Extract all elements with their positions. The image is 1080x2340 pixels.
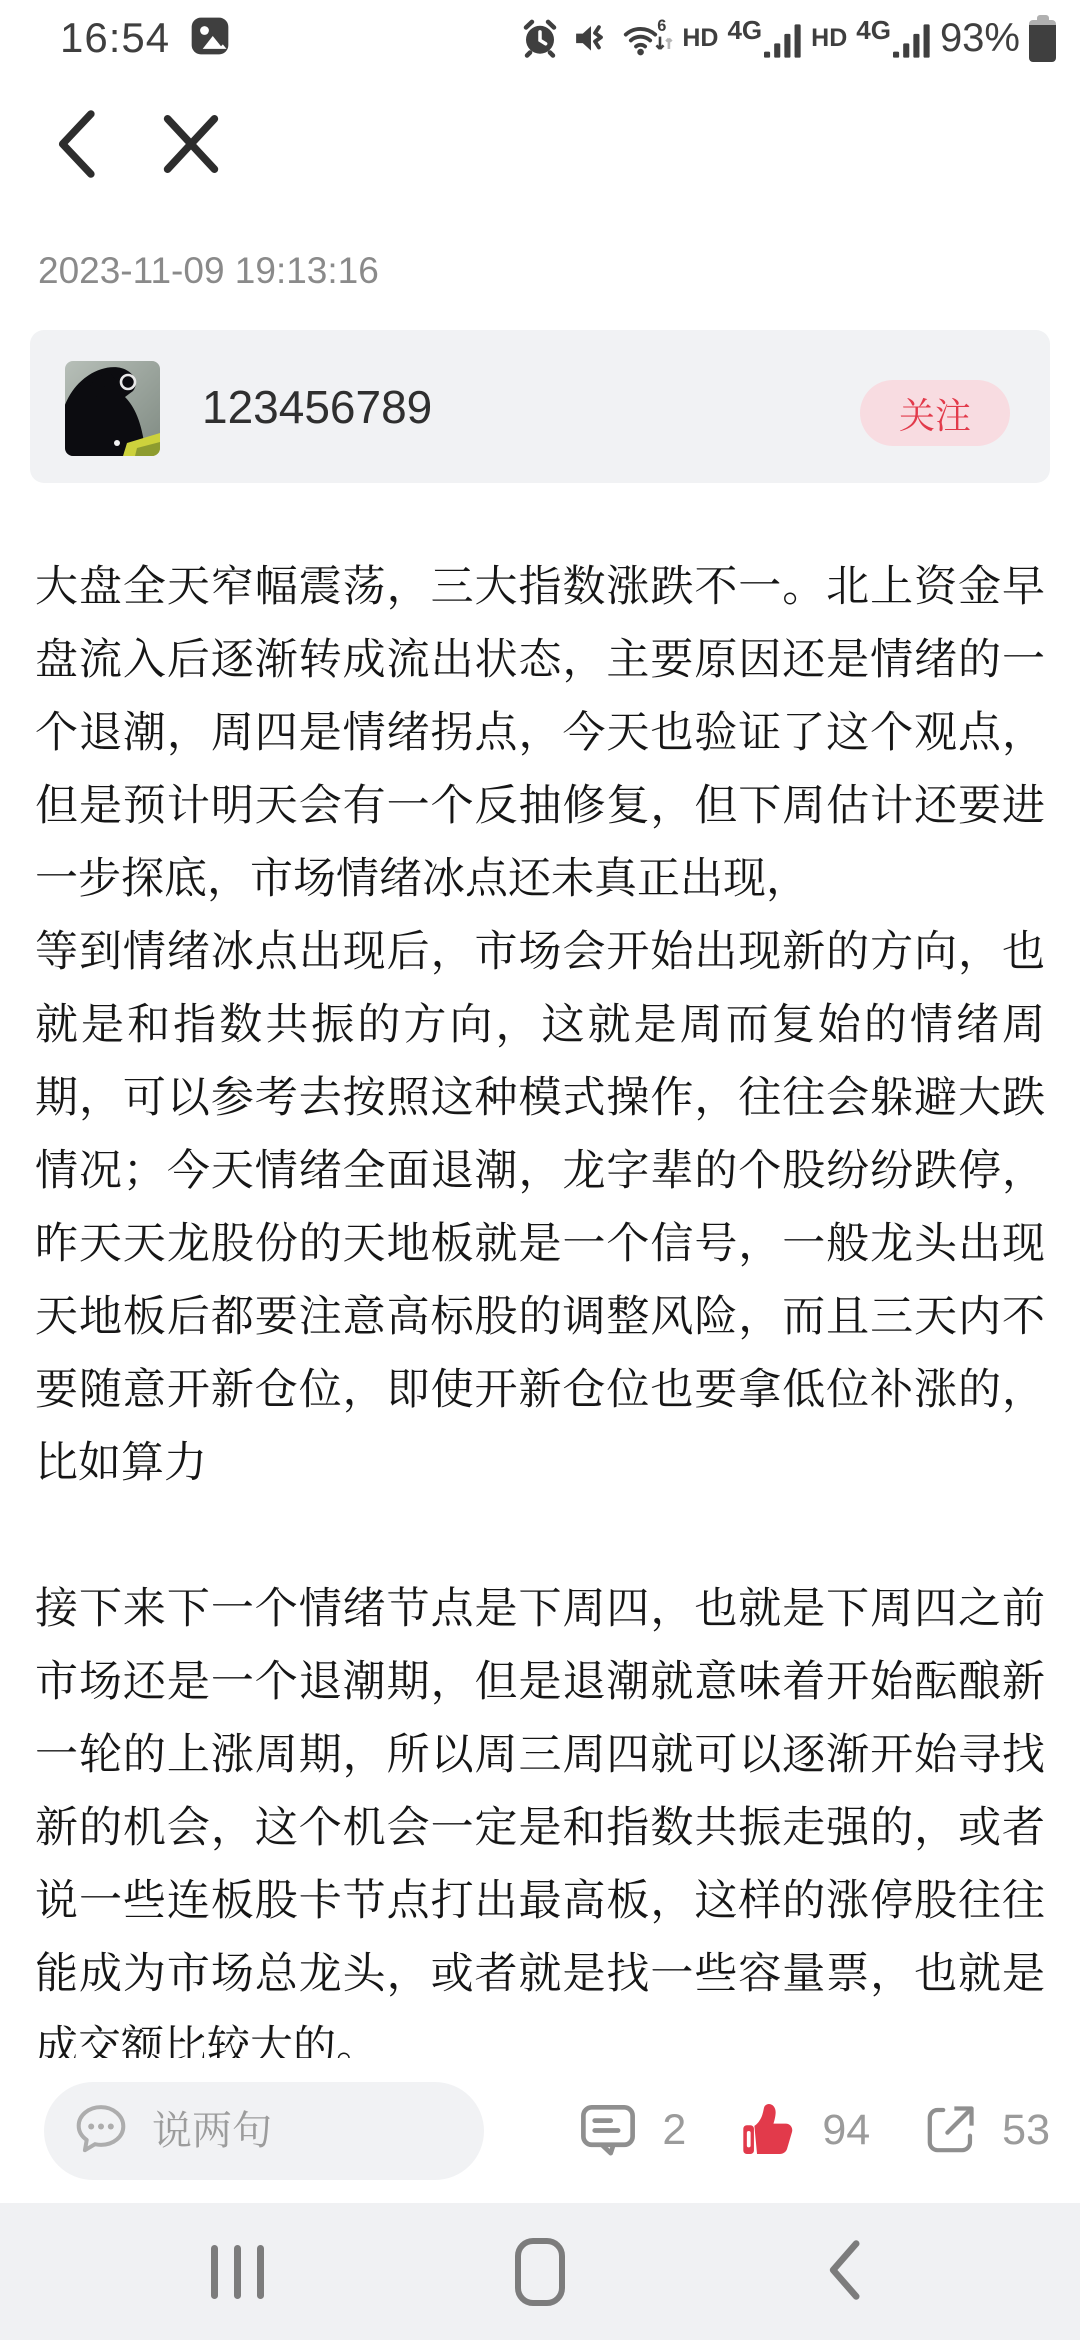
back-button[interactable] — [52, 108, 98, 183]
share-icon — [922, 2100, 980, 2161]
avatar[interactable] — [65, 361, 160, 456]
like-button[interactable]: 94 — [738, 2099, 870, 2162]
like-count: 94 — [822, 2106, 870, 2155]
status-bar: 16:54 6 — [0, 0, 1080, 76]
recents-icon[interactable] — [211, 2245, 264, 2299]
post-paragraph: 大盘全天窄幅震荡，三大指数涨跌不一。北上资金早盘流入后逐渐转成流出状态，主要原因… — [35, 551, 1045, 916]
phone-screen: 16:54 6 — [0, 0, 1080, 2340]
signal-group-1: 4G — [727, 17, 802, 59]
post-timestamp: 2023-11-09 19:13:16 — [38, 250, 379, 292]
post-body: 大盘全天窄幅震荡，三大指数涨跌不一。北上资金早盘流入后逐渐转成流出状态，主要原因… — [35, 551, 1045, 2084]
comment-count-icon — [576, 2097, 640, 2164]
system-nav-bar — [0, 2203, 1080, 2340]
share-button[interactable]: 53 — [922, 2100, 1050, 2161]
thumbs-up-icon — [738, 2099, 800, 2162]
post-actions: 2 94 — [576, 2058, 1050, 2203]
comments-button[interactable]: 2 — [576, 2097, 686, 2164]
author-card: 123456789 关注 — [30, 330, 1050, 483]
status-bar-left: 16:54 — [60, 14, 232, 63]
gallery-notification-icon — [188, 14, 232, 63]
hd-indicator-1: HD — [682, 24, 718, 53]
hd-indicator-2: HD — [811, 24, 847, 53]
author-username[interactable]: 123456789 — [202, 330, 432, 483]
network-type-1: 4G — [727, 15, 762, 46]
battery-icon — [1029, 15, 1056, 62]
battery-percent: 93% — [940, 16, 1020, 61]
mute-vibrate-icon — [570, 17, 612, 59]
post-paragraph: 等到情绪冰点出现后，市场会开始出现新的方向，也就是和指数共振的方向，这就是周而复… — [35, 916, 1045, 1500]
home-icon[interactable] — [515, 2238, 565, 2306]
clock-time: 16:54 — [60, 14, 170, 62]
signal-group-2: 4G — [856, 17, 931, 59]
signal-bars-icon-1 — [764, 17, 802, 59]
post-paragraph: 接下来下一个情绪节点是下周四，也就是下周四之前市场还是一个退潮期，但是退潮就意味… — [35, 1573, 1045, 2084]
comment-bar: 2 94 — [0, 2058, 1080, 2203]
top-nav — [52, 108, 222, 183]
svg-text:6: 6 — [658, 17, 667, 35]
comment-text-field[interactable] — [150, 2108, 424, 2155]
status-bar-right: 6 HD 4G HD 4G 93% — [519, 15, 1056, 62]
comment-input[interactable] — [44, 2082, 484, 2180]
wifi-icon: 6 — [621, 17, 673, 59]
share-count: 53 — [1002, 2106, 1050, 2155]
network-type-2: 4G — [856, 15, 891, 46]
follow-button[interactable]: 关注 — [860, 380, 1010, 446]
chat-bubble-icon — [72, 2100, 130, 2163]
alarm-icon — [519, 17, 561, 59]
signal-bars-icon-2 — [893, 17, 931, 59]
close-icon[interactable] — [160, 108, 222, 183]
system-back-icon[interactable] — [823, 2237, 863, 2306]
comment-count: 2 — [662, 2106, 686, 2155]
